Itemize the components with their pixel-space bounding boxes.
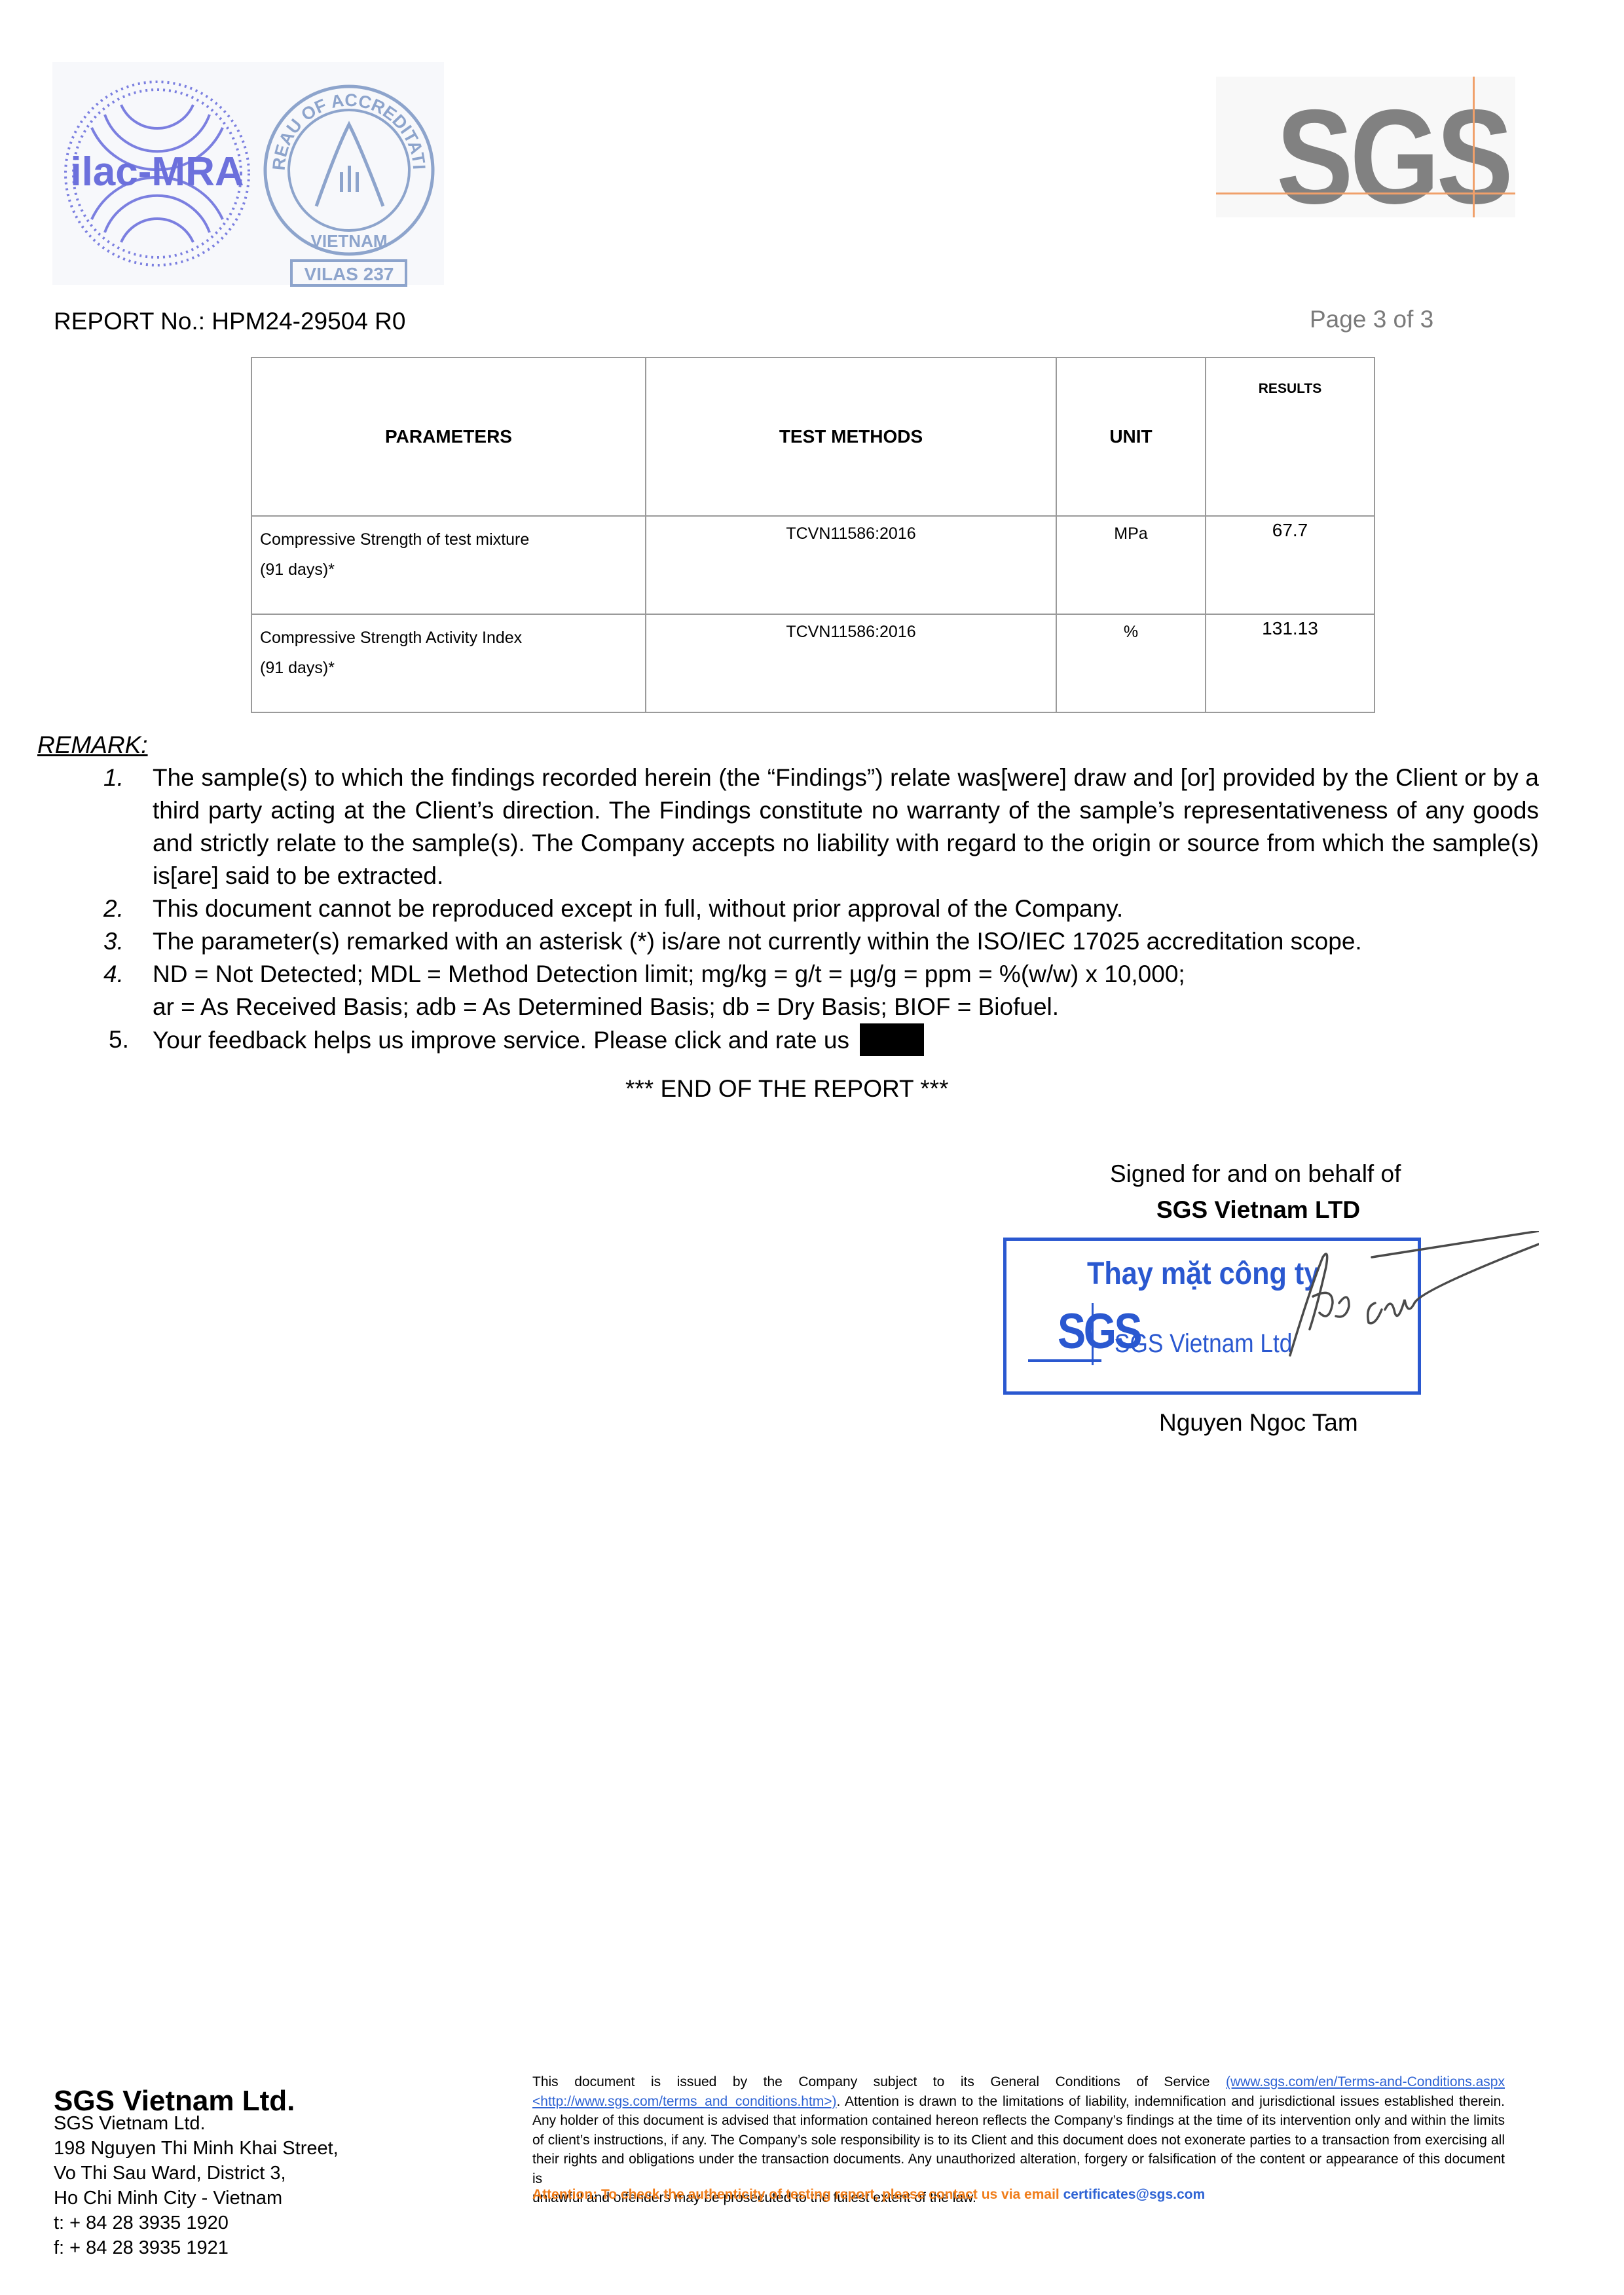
results-table: PARAMETERS TEST METHODS UNIT RESULTS Com… [251, 357, 1375, 713]
handwritten-signature-icon [1002, 1231, 1539, 1408]
parameter-cell: Compressive Strength Activity Index (91 … [251, 614, 646, 712]
remark-text: ND = Not Detected; MDL = Method Detectio… [153, 958, 1539, 991]
parameter-duration: (91 days)* [260, 555, 637, 585]
signer-name: Nguyen Ngoc Tam [1159, 1409, 1358, 1437]
attention-text: Attention: To check the authenticity of … [532, 2187, 1063, 2202]
remark-text: The sample(s) to which the findings reco… [153, 762, 1539, 892]
result-cell: 131.13 [1206, 614, 1375, 712]
table-header-row: PARAMETERS TEST METHODS UNIT RESULTS [251, 358, 1375, 516]
bureau-of-accreditation-logo-icon: BUREAU OF ACCREDITATION VIETNAM VILAS 23… [259, 75, 439, 288]
method-cell: TCVN11586:2016 [646, 516, 1056, 614]
remark-item-1: 1. The sample(s) to which the findings r… [85, 762, 1539, 892]
header-test-methods: TEST METHODS [646, 358, 1056, 516]
logo-orange-vline [1473, 77, 1475, 217]
remark-text: The parameter(s) remarked with an asteri… [153, 925, 1539, 958]
remark-title: REMARK: [37, 731, 148, 759]
signed-for-label: Signed for and on behalf of [1110, 1160, 1401, 1188]
remark-number: 1. [103, 762, 124, 794]
table-row: Compressive Strength Activity Index (91 … [251, 614, 1375, 712]
end-of-report: *** END OF THE REPORT *** [625, 1075, 948, 1103]
remark-item-2: 2. This document cannot be reproduced ex… [85, 892, 1539, 925]
svg-text:VILAS 237: VILAS 237 [304, 264, 394, 284]
result-cell: 67.7 [1206, 516, 1375, 614]
rate-us-link[interactable] [860, 1023, 924, 1056]
svg-text:VIETNAM: VIETNAM [311, 231, 388, 251]
address-line: SGS Vietnam Ltd. [54, 2111, 339, 2136]
header-results: RESULTS [1206, 358, 1375, 516]
remark-number: 5. [109, 1023, 129, 1056]
fax-line: f: + 84 28 3935 1921 [54, 2235, 339, 2260]
unit-cell: % [1056, 614, 1206, 712]
page-number: Page 3 of 3 [1310, 306, 1433, 333]
header-unit: UNIT [1056, 358, 1206, 516]
certificates-email-link[interactable]: certificates@sgs.com [1063, 2187, 1206, 2202]
sgs-brand-logo: SGS [1216, 77, 1515, 217]
footer-address: SGS Vietnam Ltd. 198 Nguyen Thi Minh Kha… [54, 2111, 339, 2260]
table-row: Compressive Strength of test mixture (91… [251, 516, 1375, 614]
remark-number: 4. [103, 958, 124, 991]
address-line: Vo Thi Sau Ward, District 3, [54, 2161, 339, 2186]
remark-text-continued: ar = As Received Basis; adb = As Determi… [153, 991, 1539, 1023]
logo-orange-hline [1216, 193, 1515, 194]
signed-company: SGS Vietnam LTD [1156, 1196, 1360, 1224]
attention-notice: Attention: To check the authenticity of … [532, 2187, 1205, 2203]
parameter-duration: (91 days)* [260, 653, 637, 683]
remark-number: 2. [103, 892, 124, 925]
feedback-text: Your feedback helps us improve service. … [153, 1027, 849, 1054]
parameter-name: Compressive Strength Activity Index [260, 623, 637, 653]
company-stamp: Thay mặt công ty SGS SGS Vietnam Ltd [1002, 1231, 1539, 1408]
method-cell: TCVN11586:2016 [646, 614, 1056, 712]
remark-text: This document cannot be reproduced excep… [153, 892, 1539, 925]
header-parameters: PARAMETERS [251, 358, 646, 516]
remark-item-4: 4. ND = Not Detected; MDL = Method Detec… [85, 958, 1539, 1023]
svg-text:BUREAU OF ACCREDITATION: BUREAU OF ACCREDITATION [259, 75, 429, 171]
unit-cell: MPa [1056, 516, 1206, 614]
remark-item-3: 3. The parameter(s) remarked with an ast… [85, 925, 1539, 958]
address-line: Ho Chi Minh City - Vietnam [54, 2186, 339, 2211]
remark-number: 3. [103, 925, 124, 958]
remark-item-5: 5. Your feedback helps us improve servic… [85, 1023, 1539, 1057]
parameter-name: Compressive Strength of test mixture [260, 524, 637, 555]
sgs-logo-text: SGS [1276, 90, 1510, 224]
address-line: 198 Nguyen Thi Minh Khai Street, [54, 2136, 339, 2161]
phone-line: t: + 84 28 3935 1920 [54, 2211, 339, 2235]
ilac-mra-logo-icon: ilac-MRA [59, 75, 255, 272]
accreditation-logos: ilac-MRA BUREAU OF ACCREDITATION VIETNAM… [52, 62, 444, 285]
parameter-cell: Compressive Strength of test mixture (91… [251, 516, 646, 614]
svg-text:ilac-MRA: ilac-MRA [70, 149, 244, 194]
legal-text: This document is issued by the Company s… [532, 2074, 1226, 2089]
report-number: REPORT No.: HPM24-29504 R0 [54, 308, 405, 335]
remarks-list: 1. The sample(s) to which the findings r… [85, 762, 1539, 1057]
